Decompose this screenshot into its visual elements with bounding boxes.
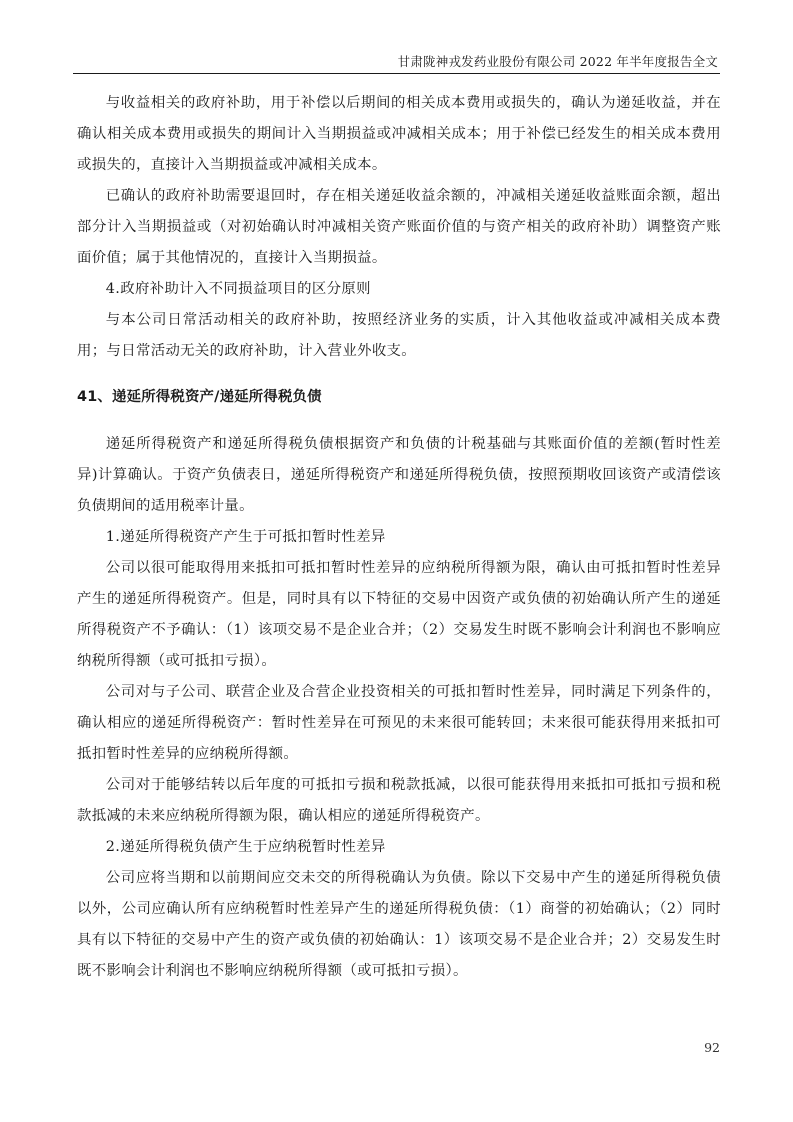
paragraph-deferred-tax-assets-recognition: 公司以很可能取得用来抵扣可抵扣暂时性差异的应纳税所得额为限，确认由可抵扣暂时性差… — [77, 553, 721, 677]
subheading-deferred-tax-liabilities: 2.递延所得税负债产生于应纳税暂时性差异 — [77, 832, 721, 863]
page-header: 甘肃陇神戎发药业股份有限公司 2022 年半年度报告全文 — [73, 52, 720, 74]
subheading-deferred-tax-assets: 1.递延所得税资产产生于可抵扣暂时性差异 — [77, 522, 721, 553]
paragraph-income-related-subsidy: 与收益相关的政府补助，用于补偿以后期间的相关成本费用或损失的，确认为递延收益，并… — [77, 88, 721, 181]
document-body: 与收益相关的政府补助，用于补偿以后期间的相关成本费用或损失的，确认为递延收益，并… — [77, 88, 721, 987]
section-heading-41: 41、递延所得税资产/递延所得税负债 — [77, 382, 721, 413]
paragraph-subsidiary-investments: 公司对与子公司、联营企业及合营企业投资相关的可抵扣暂时性差异，同时满足下列条件的… — [77, 677, 721, 770]
paragraph-daily-activity-subsidy: 与本公司日常活动相关的政府补助，按照经济业务的实质，计入其他收益或冲减相关成本费… — [77, 305, 721, 367]
paragraph-deferred-tax-liabilities-recognition: 公司应将当期和以前期间应交未交的所得税确认为负债。除以下交易中产生的递延所得税负… — [77, 863, 721, 987]
page-number: 92 — [0, 1040, 720, 1055]
paragraph-loss-carryforward: 公司对于能够结转以后年度的可抵扣亏损和税款抵减，以很可能获得用来抵扣可抵扣亏损和… — [77, 770, 721, 832]
paragraph-subsidy-refund: 已确认的政府补助需要退回时，存在相关递延收益余额的，冲减相关递延收益账面余额，超… — [77, 181, 721, 274]
subheading-subsidy-classification: 4.政府补助计入不同损益项目的区分原则 — [77, 274, 721, 305]
report-title: 甘肃陇神戎发药业股份有限公司 2022 年半年度报告全文 — [398, 52, 718, 70]
paragraph-deferred-tax-overview: 递延所得税资产和递延所得税负债根据资产和负债的计税基础与其账面价值的差额(暂时性… — [77, 429, 721, 522]
